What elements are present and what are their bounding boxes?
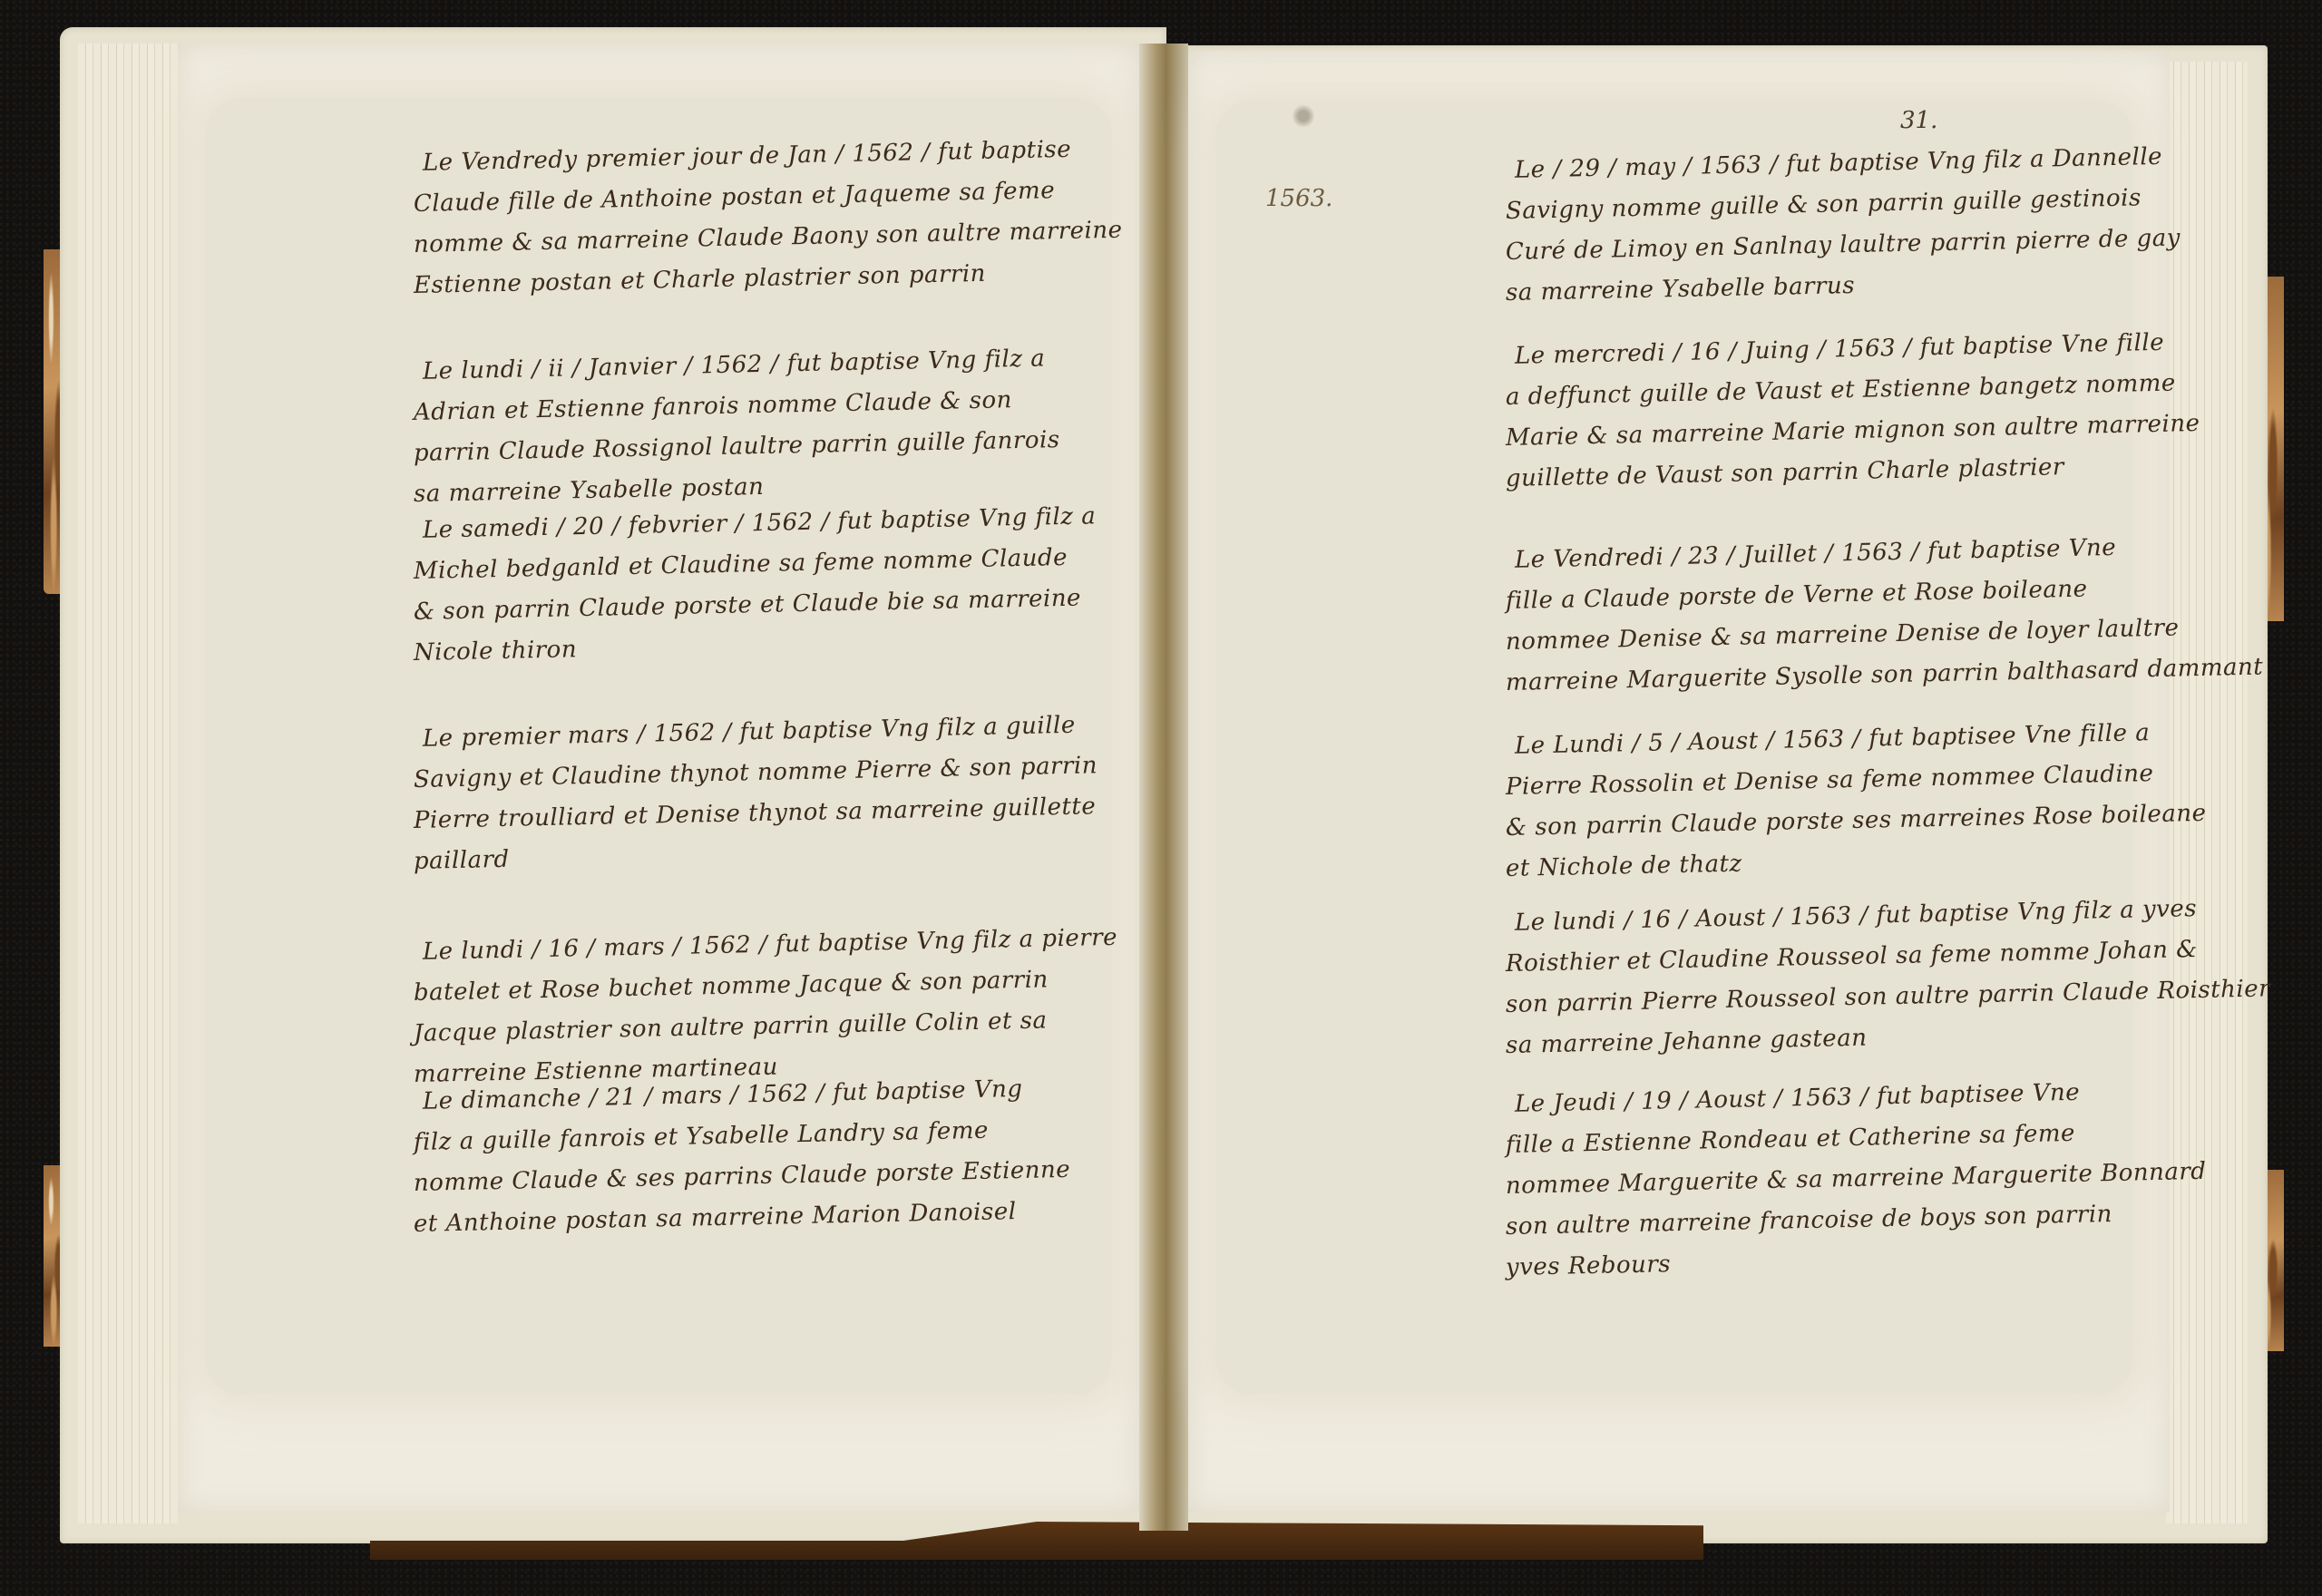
left-page-edges (78, 44, 178, 1523)
margin-year-annotation: 1563. (1265, 185, 1332, 212)
baptism-entry: Le dimanche / 21 / mars / 1562 / fut bap… (414, 1082, 1103, 1245)
baptism-entry: Le premier mars / 1562 / fut baptise Vng… (414, 719, 1103, 882)
baptism-entry: Le lundi / 16 / Aoust / 1563 / fut bapti… (1506, 903, 2141, 1066)
ink-smudge (1293, 103, 1314, 129)
baptism-entry: Le Jeudi / 19 / Aoust / 1563 / fut bapti… (1506, 1085, 2141, 1289)
right-page: 31. 1563. Le / 29 / may / 1563 / fut bap… (1188, 51, 2170, 1513)
baptism-entry: Le samedi / 20 / febvrier / 1562 / fut b… (414, 511, 1103, 674)
baptism-entry: Le mercredi / 16 / Juing / 1563 / fut ba… (1506, 336, 2141, 500)
open-book: Le Vendredy premier jour de Jan / 1562 /… (44, 27, 2284, 1560)
page-number: 31. (1900, 107, 1937, 134)
baptism-entry: Le Lundi / 5 / Aoust / 1563 / fut baptis… (1506, 726, 2141, 890)
baptism-entry: Le Vendredi / 23 / Juillet / 1563 / fut … (1506, 540, 2141, 704)
spine-gutter (1139, 44, 1188, 1531)
right-page-edges (2166, 62, 2248, 1523)
baptism-entry: Le Vendredy premier jour de Jan / 1562 /… (414, 143, 1103, 307)
baptism-entry: Le / 29 / may / 1563 / fut baptise Vng f… (1506, 151, 2141, 314)
baptism-entry: Le lundi / ii / Janvier / 1562 / fut bap… (414, 352, 1103, 515)
left-page: Le Vendredy premier jour de Jan / 1562 /… (178, 44, 1139, 1513)
